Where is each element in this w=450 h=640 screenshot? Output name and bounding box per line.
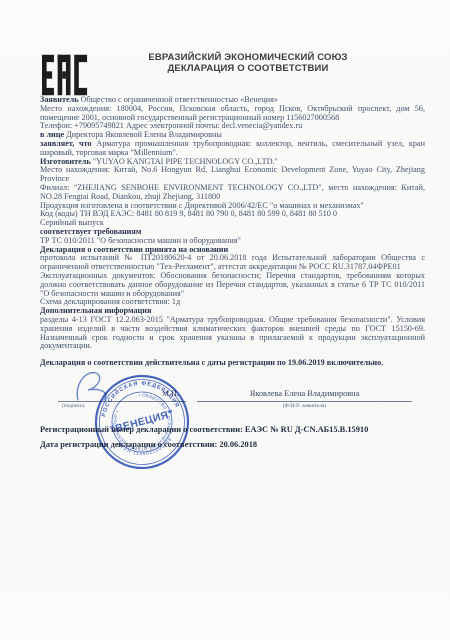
paragraph-text: Продукция изготовлена в соответствии с Д… — [40, 201, 364, 210]
paragraph-text: Филиал: "ZHEJIANG SENBOHE ENVIRONMENT TE… — [40, 183, 425, 201]
paragraph-text: Серийный выпуск — [40, 218, 104, 227]
applicant-name-caption: (Ф.И.О. заявителя) — [197, 403, 412, 409]
paragraph-label: Дополнительная информация — [40, 306, 151, 315]
paragraph-label: в лице — [40, 130, 66, 139]
paragraph-label: заявляет, что — [40, 139, 96, 148]
paragraph-text: Общество с ограниченной ответственностью… — [81, 95, 278, 104]
title-line-union: ЕВРАЗИЙСКИЙ ЭКОНОМИЧЕСКИЙ СОЮЗ — [108, 53, 388, 64]
paragraph-text: "YUYAO KANGTAI PIPE TECHNOLOGY CO.,LTD." — [93, 157, 278, 166]
paragraph-text: протокола испытаний № ПТ20180620-4 от 20… — [40, 253, 425, 271]
paragraph-text: Схема декларирования соответствия: 1д — [40, 297, 180, 306]
paragraph-label: Изготовитель — [40, 157, 93, 166]
paragraph-text: разделы 4-13 ГОСТ 12.2.063-2015 "Арматур… — [40, 315, 425, 350]
paragraph-label: Заявитель — [40, 95, 81, 104]
paragraph: Эксплуатационных документов; Обоснования… — [40, 272, 425, 298]
document-body: Заявитель Общество с ограниченной ответс… — [40, 96, 425, 368]
company-stamp: РОССИЙСКАЯ ФЕДЕРАЦИЯ ОГРН 1156027000568 … — [86, 366, 197, 477]
paragraph-text: Код (коды) ТН ВЭД ЕАЭС: 8481 80 819 9, 8… — [40, 209, 337, 218]
document-title: ЕВРАЗИЙСКИЙ ЭКОНОМИЧЕСКИЙ СОЮЗ ДЕКЛАРАЦИ… — [108, 53, 388, 74]
paragraph: Филиал: "ZHEJIANG SENBOHE ENVIRONMENT TE… — [40, 184, 425, 202]
applicant-name-line — [197, 401, 412, 402]
paragraph-label: соответствует требованиям — [40, 227, 141, 236]
paragraph-text: Арматура промышленная трубопроводная: ко… — [40, 139, 425, 157]
paragraph-text: Эксплуатационных документов; Обоснования… — [40, 271, 425, 298]
eac-logo-icon — [42, 54, 88, 96]
paragraph: Место нахождения: 180004, Россия, Псковс… — [40, 105, 425, 123]
paragraph-text: ТР ТС 010/2011 "О безопасности машин и о… — [40, 236, 241, 245]
paragraph: протокола испытаний № ПТ20180620-4 от 20… — [40, 254, 425, 272]
paragraph-text: Директора Яковлевой Елены Владимировны — [66, 130, 222, 139]
declaration-document: ЕВРАЗИЙСКИЙ ЭКОНОМИЧЕСКИЙ СОЮЗ ДЕКЛАРАЦИ… — [0, 0, 450, 640]
applicant-name: Яковлева Елена Владимировна — [197, 389, 412, 398]
paragraph: Место нахождения: Китай, No.6 Hongyun Rd… — [40, 166, 425, 184]
paragraph-text: Место нахождения: Китай, No.6 Hongyun Rd… — [40, 165, 425, 183]
paragraph-text: Место нахождения: 180004, Россия, Псковс… — [40, 104, 425, 122]
paragraph-text: Телефон: +79095749821 Адрес электронной … — [40, 121, 302, 130]
paragraph: разделы 4-13 ГОСТ 12.2.063-2015 "Арматур… — [40, 316, 425, 351]
title-line-declaration: ДЕКЛАРАЦИЯ О СООТВЕТСТВИИ — [108, 64, 388, 75]
paragraph-label: Декларация о соответствии принята на осн… — [40, 245, 228, 254]
paragraph: заявляет, что Арматура промышленная труб… — [40, 140, 425, 158]
